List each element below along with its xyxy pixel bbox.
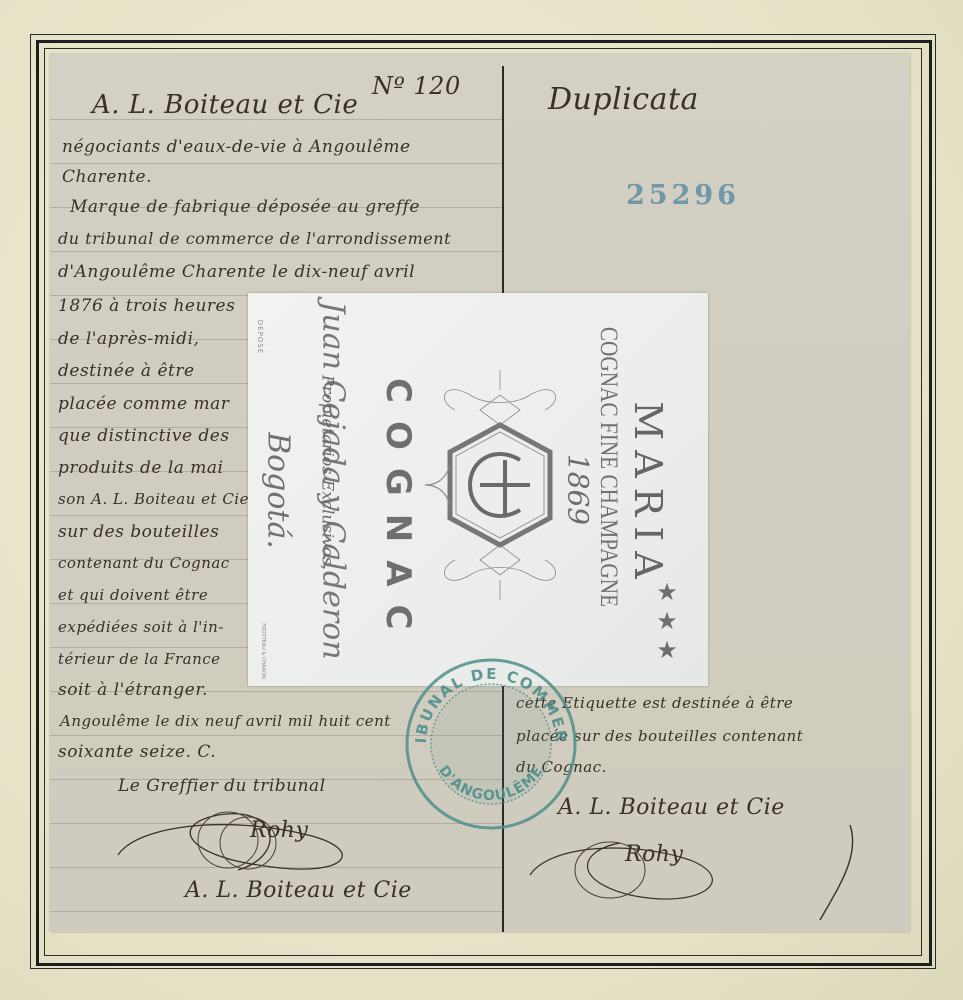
label-product: COGNAC (378, 378, 418, 618)
label-stars: ★ ★ ★ (652, 578, 682, 665)
label-printer-mark: FROTTEAU & CHARON (260, 616, 266, 686)
left-line-3: Marque de fabrique déposée au greffe (70, 197, 420, 217)
label-deposit-mark: DÉPOSÉ (256, 317, 264, 357)
star-icon: ★ (652, 607, 682, 636)
left-line-1: négociants d'eaux-de-vie à Angoulême (62, 137, 411, 157)
left-line-18: soit à l'étranger. (58, 680, 208, 700)
clerk-signature-right: Rohy (625, 842, 683, 867)
left-line-7: de l'après-midi, (58, 329, 199, 349)
star-icon: ★ (652, 636, 682, 665)
label-city: Bogotá. (261, 421, 296, 561)
left-line-4: du tribunal de commerce de l'arrondissem… (58, 229, 451, 248)
clerk-signature-left: Rohy (250, 818, 308, 843)
stamped-number: 25296 (626, 180, 740, 211)
left-line-11: produits de la mai (58, 458, 224, 478)
left-line-2: Charente. (62, 167, 152, 187)
left-line-5: d'Angoulême Charente le dix-neuf avril (58, 262, 415, 282)
register-number: Nº 120 (372, 72, 461, 100)
label-subtitle: COGNAC FINE CHAMPAGNE (594, 306, 622, 629)
label-owners-role: Propietarios Exclusivos, (319, 343, 338, 603)
monogram-crest-icon (425, 370, 575, 600)
left-line-0: A. L. Boiteau et Cie (92, 90, 358, 120)
duplicate-heading: Duplicata (548, 82, 699, 117)
merchant-signature-left: A. L. Boiteau et Cie (185, 878, 412, 903)
left-line-13: sur des bouteilles (58, 522, 219, 542)
left-line-15: et qui doivent être (58, 586, 208, 604)
left-line-21: Le Greffier du tribunal (118, 776, 326, 796)
left-line-17: térieur de la France (58, 650, 221, 668)
left-line-6: 1876 à trois heures (58, 296, 235, 316)
left-line-20: soixante seize. C. (58, 742, 216, 762)
merchant-signature-right: A. L. Boiteau et Cie (558, 795, 785, 820)
left-line-19: Angoulême le dix neuf avril mil huit cen… (60, 712, 391, 730)
left-line-14: contenant du Cognac (58, 554, 230, 572)
left-line-9: placée comme mar (58, 394, 229, 414)
left-line-16: expédiées soit à l'in- (58, 618, 224, 636)
left-line-12: son A. L. Boiteau et Cie (58, 490, 249, 508)
left-line-8: destinée à être (58, 361, 195, 381)
clerk-signature-flourish-right (520, 825, 880, 925)
star-icon: ★ (652, 578, 682, 607)
left-line-10: que distinctive des (58, 426, 230, 446)
tribunal-seal-stamp: TRIBUNAL DE COMMERCE D'ANGOULÊME (401, 654, 581, 834)
